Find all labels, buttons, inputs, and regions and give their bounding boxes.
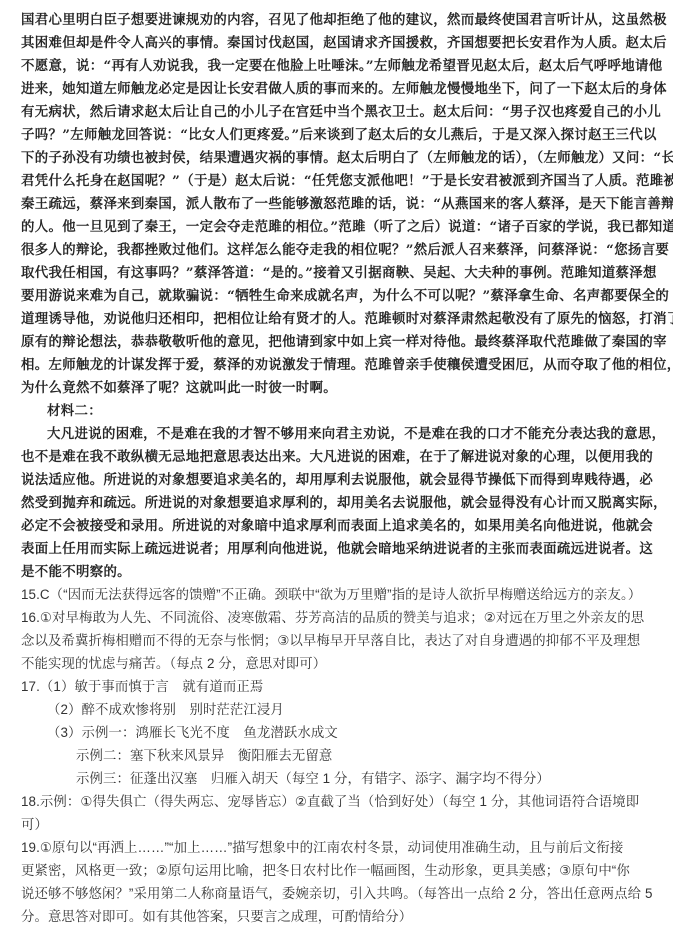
passage-line: 的人。他一旦见到了秦王，一定会夺走范雎的相位。”范雎（听了之后）说道：“诸子百家… — [21, 216, 673, 238]
answer-q18-line: 可） — [21, 814, 673, 836]
answer-q17-1: 17.（1）敏于事而慎于言 就有道而正焉 — [21, 676, 673, 698]
passage-line: 为什么竟然不如蔡泽了呢？这就叫此一时彼一时啊。 — [21, 377, 673, 399]
passage-line: 国君心里明白臣子想要进谏规劝的内容，召见了他却拒绝了他的建议，然而最终使国君言听… — [21, 9, 673, 31]
answer-q17-example2: 示例二：塞下秋来风景异 衡阳雁去无留意 — [76, 745, 692, 767]
material2-line: 大凡进说的困难，不是难在我的才智不够用来向君主劝说，不是难在我的口才不能充分表达… — [47, 423, 673, 445]
answer-q16-line: 不能实现的忧虑与痛苦。（每点 2 分，意思对即可） — [21, 653, 673, 675]
passage-line: 原有的辩论想法，恭恭敬敬听他的意见，把他请到家中如上宾一样对待他。最终蔡泽取代范… — [21, 331, 673, 353]
answer-q19-line: 更紧密，风格更一致；②原句运用比喻，把冬日农村比作一幅画图，生动形象，更具美感；… — [21, 860, 673, 882]
passage-line: 相。左师触龙的计谋发挥于爱，蔡泽的劝说激发于情理。范雎曾亲手使穰侯遭受困厄，从而… — [21, 354, 673, 376]
passage-line: 进来，她知道左师触龙必定是因让长安君做人质的事而来的。左师触龙慢慢地坐下，问了一… — [21, 78, 673, 100]
answer-q16-line: 念以及希冀折梅相赠而不得的无奈与怅惘；③以早梅早开早落自比，表达了对自身遭遇的抑… — [21, 630, 673, 652]
answer-q17-2: （2）醉不成欢惨将别 别时茫茫江浸月 — [47, 699, 692, 721]
answer-q19-line: 说还够不够悠闲？”采用第二人称商量语气，委婉亲切，引入共鸣。（每答出一点给 2 … — [21, 883, 673, 905]
passage-line: 有无病状，然后请求赵太后让自己的小儿子在宫廷中当个黑衣卫士。赵太后问：“男子汉也… — [21, 101, 673, 123]
passage-line: 取代我任相国，有这事吗？”蔡泽答道：“是的。”接着又引据商鞅、吴起、大夫种的事例… — [21, 262, 673, 284]
passage-line: 其困难但却是件令人高兴的事情。秦国讨伐赵国，赵国请求齐国援救，齐国想要把长安君作… — [21, 32, 673, 54]
answer-q17-3: （3）示例一：鸿雁长飞光不度 鱼龙潜跃水成文 — [47, 722, 692, 744]
passage-line: 不愿意，说：“再有人劝说我，我一定要在他脸上吐唾沫。”左师触龙希望晋见赵太后，赵… — [21, 55, 673, 77]
document-page: 国君心里明白臣子想要进谏规劝的内容，召见了他却拒绝了他的建议，然而最终使国君言听… — [0, 0, 692, 926]
passage-line: 下的子孙没有功绩也被封侯，结果遭遇灾祸的事情。赵太后明白了（左师触龙的话），（左… — [21, 147, 673, 169]
material2-line: 然受到抛弃和疏远。所进说的对象想要追求厚利的，却用美名去说服他，就会显得没有心计… — [21, 492, 673, 514]
material2-label: 材料二： — [47, 400, 692, 422]
answer-q17-example3: 示例三：征蓬出汉塞 归雁入胡天（每空 1 分，有错字、添字、漏字均不得分） — [76, 768, 692, 790]
material2-line: 表面上任用而实际上疏远进说者；用厚利向他进说，他就会暗地采纳进说者的主张而表面疏… — [21, 538, 673, 560]
answer-q16-line: 16.①对早梅敢为人先、不同流俗、凌寒傲霜、芬芳高洁的品质的赞美与追求；②对远在… — [21, 607, 673, 629]
passage-line: 子吗？”左师触龙回答说：“比女人们更疼爱。”后来谈到了赵太后的女儿燕后，于是又深… — [21, 124, 673, 146]
answer-q18-line: 18.示例：①得失俱亡（得失两忘、宠辱皆忘）②直截了当（恰到好处）（每空 1 分… — [21, 791, 673, 813]
answer-q19-line: 19.①原句以“再洒上……”“加上……”描写想象中的江南农村冬景，动词使用准确生… — [21, 837, 673, 859]
material2-line: 是不能不明察的。 — [21, 561, 673, 583]
material2-line: 必定不会被接受和录用。所进说的对象暗中追求厚利而表面上追求美名的，如果用美名向他… — [21, 515, 673, 537]
answer-q19-line: 分。意思答对即可。如有其他答案，只要言之成理，可酌情给分） — [21, 906, 673, 926]
answer-q15: 15.C（“因而无法获得远客的馈赠”不正确。颈联中“欲为万里赠”指的是诗人欲折早… — [21, 584, 673, 606]
passage-line: 很多人的辩论，我都挫败过他们。这样怎么能夺走我的相位呢？”然后派人召来蔡泽，问蔡… — [21, 239, 673, 261]
passage-line: 道理诱导他，劝说他归还相印，把相位让给有贤才的人。范雎顿时对蔡泽肃然起敬没有了原… — [21, 308, 673, 330]
passage-line: 君凭什么托身在赵国呢？”（于是）赵太后说：“任凭您支派他吧！”于是长安君被派到齐… — [21, 170, 673, 192]
material2-line: 也不是难在我不敢纵横无忌地把意思表达出来。大凡进说的困难，在于了解进说对象的心理… — [21, 446, 673, 468]
material2-line: 说法适应他。所进说的对象想要追求美名的，却用厚利去说服他，就会显得节操低下而得到… — [21, 469, 673, 491]
passage-line: 要用游说来难为自己，就欺骗说：“牺牲生命来成就名声，为什么不可以呢？”蔡泽拿生命… — [21, 285, 673, 307]
passage-line: 秦王疏远，蔡泽来到秦国，派人散布了一些能够激怒范雎的话，说：“从燕国来的客人蔡泽… — [21, 193, 673, 215]
